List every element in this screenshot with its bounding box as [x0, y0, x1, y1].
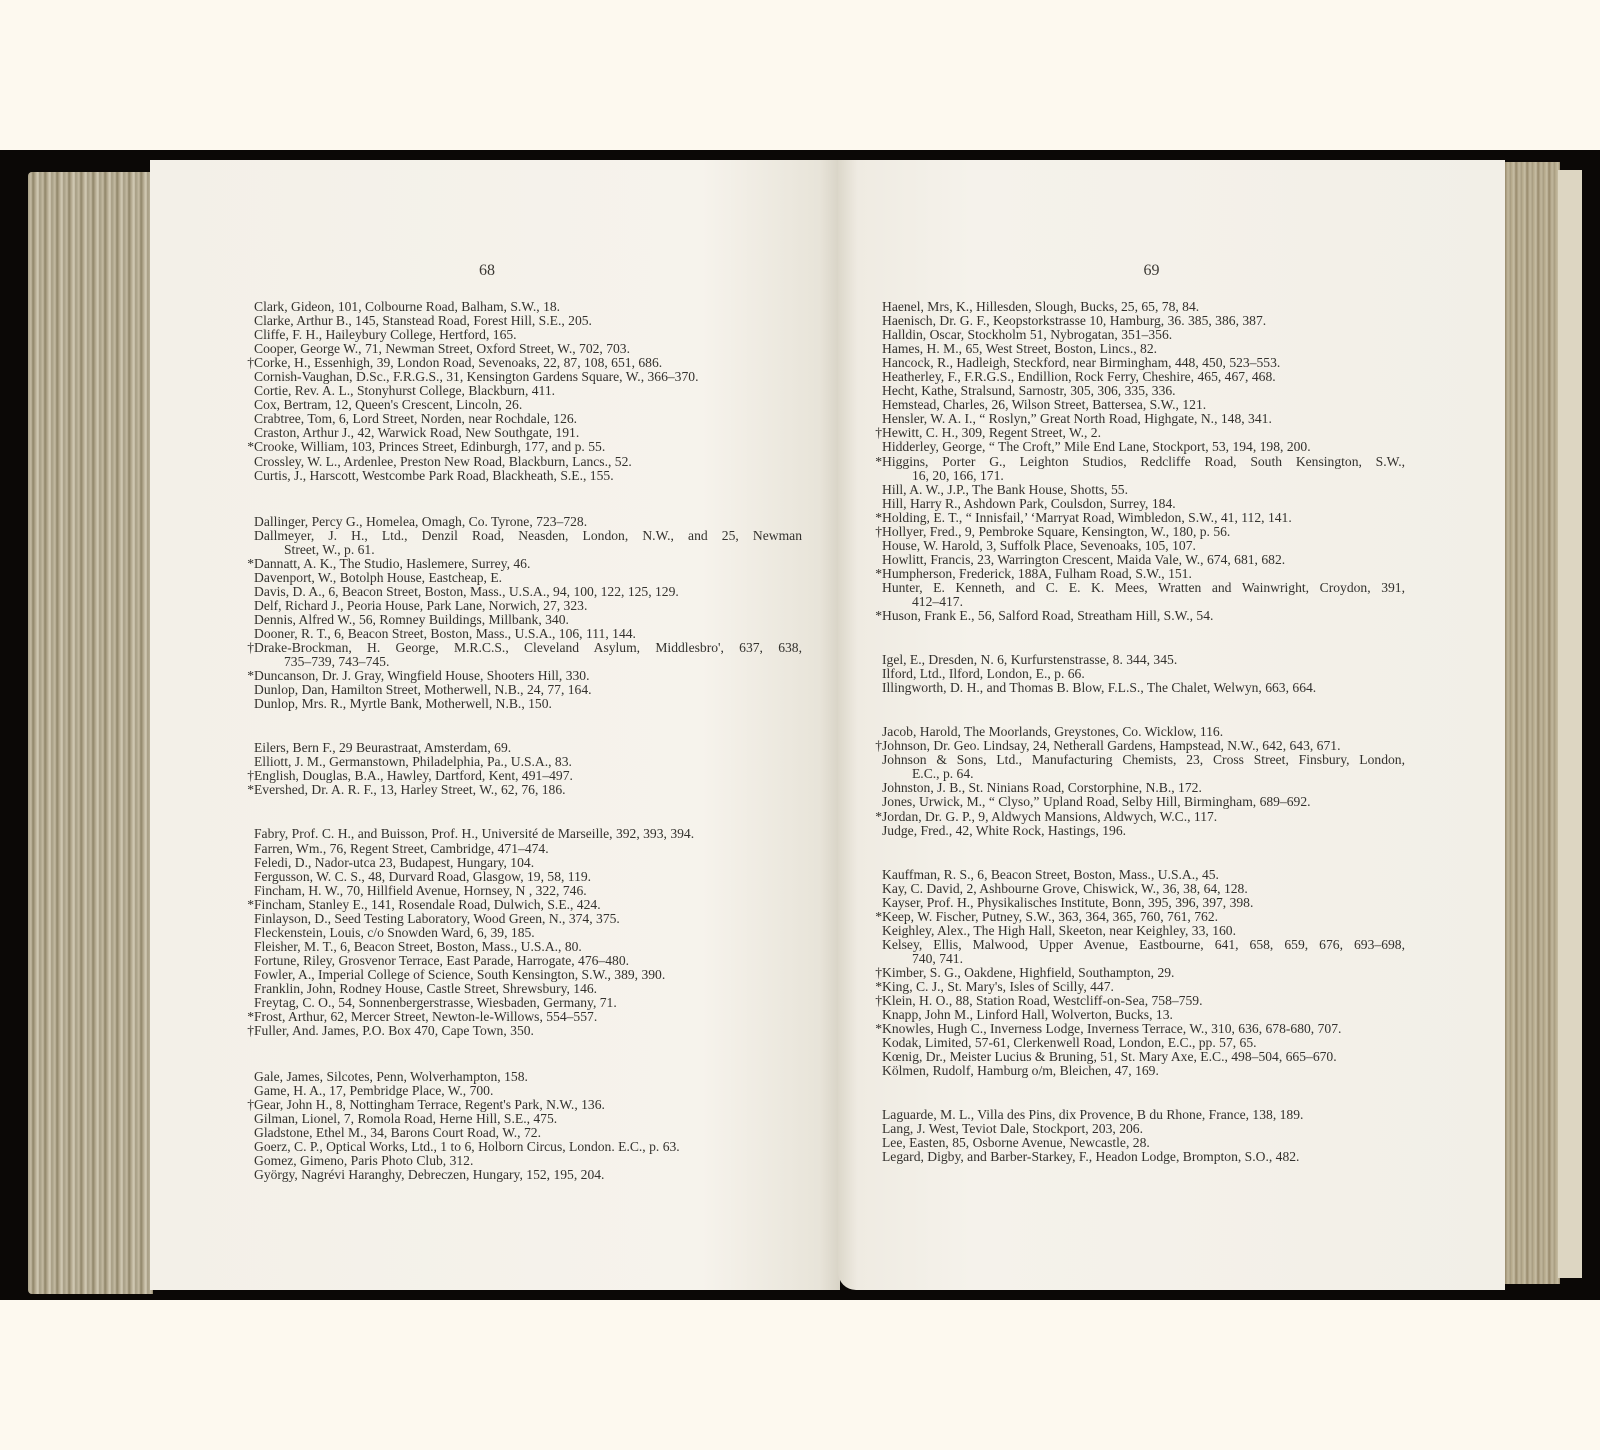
entry-text: Cortie, Rev. A. L., Stonyhurst College, …	[254, 383, 555, 398]
index-entry: Howlitt, Francis, 23, Warrington Crescen…	[870, 553, 1405, 567]
index-entry: Fabry, Prof. C. H., and Buisson, Prof. H…	[242, 827, 802, 841]
index-entry: Fleckenstein, Louis, c/o Snowden Ward, 6…	[242, 926, 802, 940]
index-entry: Dunlop, Mrs. R., Myrtle Bank, Motherwell…	[242, 697, 802, 711]
index-entry: Johnston, J. B., St. Ninians Road, Corst…	[870, 781, 1405, 795]
entry-text: Finlayson, D., Seed Testing Laboratory, …	[254, 911, 620, 926]
entry-text: Hewitt, C. H., 309, Regent Street, W., 2…	[882, 425, 1101, 440]
index-entry: *Dannatt, A. K., The Studio, Haslemere, …	[242, 557, 802, 571]
entry-text: Legard, Digby, and Barber-Starkey, F., H…	[882, 1149, 1299, 1164]
index-entry: Gladstone, Ethel M., 34, Barons Court Ro…	[242, 1126, 802, 1140]
entry-marker: *	[244, 440, 254, 454]
index-entries: Clark, Gideon, 101, Colbourne Road, Balh…	[242, 300, 802, 1183]
entry-text: Gladstone, Ethel M., 34, Barons Court Ro…	[254, 1125, 541, 1140]
index-entry: Dallmeyer, J. H., Ltd., Denzil Road, Nea…	[242, 529, 802, 557]
entry-text: Duncanson, Dr. J. Gray, Wingfield House,…	[254, 668, 589, 683]
entry-text: Gear, John H., 8, Nottingham Terrace, Re…	[254, 1097, 605, 1112]
index-entry: Haenel, Mrs, K., Hillesden, Slough, Buck…	[870, 300, 1405, 314]
letter-group-gap	[242, 1038, 802, 1070]
right-page: 69 Haenel, Mrs, K., Hillesden, Slough, B…	[838, 160, 1505, 1290]
entry-text: Johnson, Dr. Geo. Lindsay, 24, Netherall…	[882, 738, 1340, 753]
index-entry: *Keep, W. Fischer, Putney, S.W., 363, 36…	[870, 910, 1405, 924]
entry-text: Drake-Brockman, H. George, M.R.C.S., Cle…	[254, 641, 802, 655]
index-entry: Hecht, Kathe, Stralsund, Sarnostr, 305, …	[870, 384, 1405, 398]
entry-text: Howlitt, Francis, 23, Warrington Crescen…	[882, 552, 1285, 567]
letter-group-f: Fabry, Prof. C. H., and Buisson, Prof. H…	[242, 827, 802, 1038]
index-entry: Laguarde, M. L., Villa des Pins, dix Pro…	[870, 1108, 1405, 1122]
index-entry: Cornish-Vaughan, D.Sc., F.R.G.S., 31, Ke…	[242, 370, 802, 384]
page-number: 69	[818, 262, 1485, 280]
entry-text: Eilers, Bern F., 29 Beurastraat, Amsterd…	[254, 740, 511, 755]
entry-marker: †	[872, 525, 882, 539]
entry-text: Evershed, Dr. A. R. F., 13, Harley Stree…	[254, 782, 566, 797]
letter-group-l: Laguarde, M. L., Villa des Pins, dix Pro…	[870, 1108, 1405, 1164]
entry-text: Huson, Frank E., 56, Salford Road, Strea…	[882, 608, 1213, 623]
index-entry: Hunter, E. Kenneth, and C. E. K. Mees, W…	[870, 581, 1405, 609]
index-entry: Dooner, R. T., 6, Beacon Street, Boston,…	[242, 627, 802, 641]
letter-group-g: Gale, James, Silcotes, Penn, Wolverhampt…	[242, 1070, 802, 1182]
entry-text: Fincham, H. W., 70, Hillfield Avenue, Ho…	[254, 883, 587, 898]
entry-text: Hidderley, George, “ The Croft,” Mile En…	[882, 439, 1311, 454]
entry-text: Igel, E., Dresden, N. 6, Kurfurstenstras…	[882, 652, 1177, 667]
index-entry: Fleisher, M. T., 6, Beacon Street, Bosto…	[242, 940, 802, 954]
entry-text: Hill, Harry R., Ashdown Park, Coulsdon, …	[882, 496, 1176, 511]
index-entry: Cortie, Rev. A. L., Stonyhurst College, …	[242, 384, 802, 398]
letter-group-gap	[242, 797, 802, 827]
index-entry: Craston, Arthur J., 42, Warwick Road, Ne…	[242, 426, 802, 440]
index-entry: Kodak, Limited, 57-61, Clerkenwell Road,…	[870, 1036, 1405, 1050]
index-entry: Hemstead, Charles, 26, Wilson Street, Ba…	[870, 398, 1405, 412]
index-entry: Cox, Bertram, 12, Queen's Crescent, Linc…	[242, 398, 802, 412]
letter-group-d: Dallinger, Percy G., Homelea, Omagh, Co.…	[242, 515, 802, 712]
entry-text: Higgins, Porter G., Leighton Studios, Re…	[882, 455, 1405, 469]
entry-text: Dallmeyer, J. H., Ltd., Denzil Road, Nea…	[254, 529, 802, 543]
page-number: 68	[142, 262, 832, 280]
entry-text: Davis, D. A., 6, Beacon Street, Boston, …	[254, 584, 679, 599]
index-entry: Gale, James, Silcotes, Penn, Wolverhampt…	[242, 1070, 802, 1084]
entry-text: Jordan, Dr. G. P., 9, Aldwych Mansions, …	[882, 809, 1217, 824]
entry-marker: †	[872, 426, 882, 440]
index-entry: Eilers, Bern F., 29 Beurastraat, Amsterd…	[242, 741, 802, 755]
index-entry: *Holding, E. T., “ Innisfail,’ ‘Marryat …	[870, 511, 1405, 525]
index-entry: Fincham, H. W., 70, Hillfield Avenue, Ho…	[242, 884, 802, 898]
entry-marker: †	[872, 966, 882, 980]
entry-text: Fleisher, M. T., 6, Beacon Street, Bosto…	[254, 939, 582, 954]
entry-text: Jones, Urwick, M., “ Clyso,” Upland Road…	[882, 794, 1311, 809]
index-entry: Freytag, C. O., 54, Sonnenbergerstrasse,…	[242, 996, 802, 1010]
entry-marker: †	[872, 994, 882, 1008]
entry-text: Kodak, Limited, 57-61, Clerkenwell Road,…	[882, 1035, 1257, 1050]
entry-text: Kayser, Prof. H., Physikalisches Institu…	[882, 895, 1253, 910]
page-edges-right	[1500, 162, 1560, 1284]
entry-marker: *	[872, 511, 882, 525]
page-edge-right-outer	[1558, 170, 1582, 1278]
index-entry: Goerz, C. P., Optical Works, Ltd., 1 to …	[242, 1140, 802, 1154]
index-entry: Heatherley, F., F.R.G.S., Endillion, Roc…	[870, 370, 1405, 384]
index-entry: Kauffman, R. S., 6, Beacon Street, Bosto…	[870, 868, 1405, 882]
index-entry: Kelsey, Ellis, Malwood, Upper Avenue, Ea…	[870, 938, 1405, 966]
index-entry: *King, C. J., St. Mary's, Isles of Scill…	[870, 980, 1405, 994]
index-entry: †Hewitt, C. H., 309, Regent Street, W., …	[870, 426, 1405, 440]
entry-text: Crabtree, Tom, 6, Lord Street, Norden, n…	[254, 411, 577, 426]
entry-text: Johnson & Sons, Ltd., Manufacturing Chem…	[882, 753, 1405, 767]
index-entry: †Hollyer, Fred., 9, Pembroke Square, Ken…	[870, 525, 1405, 539]
entry-continuation: 412–417.	[882, 595, 1405, 609]
entry-text: Hecht, Kathe, Stralsund, Sarnostr, 305, …	[882, 383, 1176, 398]
index-entry: Dennis, Alfred W., 56, Romney Buildings,…	[242, 613, 802, 627]
index-entry: Davis, D. A., 6, Beacon Street, Boston, …	[242, 585, 802, 599]
entry-marker: †	[244, 769, 254, 783]
letter-group-j: Jacob, Harold, The Moorlands, Greystones…	[870, 725, 1405, 837]
entry-text: Kimber, S. G., Oakdene, Highfield, South…	[882, 965, 1174, 980]
index-entry: Halldin, Oscar, Stockholm 51, Nybrogatan…	[870, 328, 1405, 342]
entry-marker: †	[872, 739, 882, 753]
entry-marker: *	[872, 980, 882, 994]
entry-text: Heatherley, F., F.R.G.S., Endillion, Roc…	[882, 369, 1276, 384]
entry-text: Cox, Bertram, 12, Queen's Crescent, Linc…	[254, 397, 522, 412]
index-entry: Johnson & Sons, Ltd., Manufacturing Chem…	[870, 753, 1405, 781]
index-entry: †Johnson, Dr. Geo. Lindsay, 24, Netheral…	[870, 739, 1405, 753]
entry-text: Kauffman, R. S., 6, Beacon Street, Bosto…	[882, 867, 1219, 882]
entry-text: Lang, J. West, Teviot Dale, Stockport, 2…	[882, 1121, 1143, 1136]
index-entry: Kölmen, Rudolf, Hamburg o/m, Bleichen, 4…	[870, 1064, 1405, 1078]
letter-group-gap	[870, 623, 1405, 653]
entry-text: Kœnig, Dr., Meister Lucius & Bruning, 51…	[882, 1049, 1337, 1064]
index-entry: Judge, Fred., 42, White Rock, Hastings, …	[870, 824, 1405, 838]
entry-marker: *	[872, 910, 882, 924]
index-entry: Feledi, D., Nador-utca 23, Budapest, Hun…	[242, 856, 802, 870]
index-entry: *Higgins, Porter G., Leighton Studios, R…	[870, 455, 1405, 483]
entry-text: Crossley, W. L., Ardenlee, Preston New R…	[254, 454, 632, 469]
index-entry: Delf, Richard J., Peoria House, Park Lan…	[242, 599, 802, 613]
entry-text: Hancock, R., Hadleigh, Steckford, near B…	[882, 355, 1280, 370]
letter-group-gap	[870, 695, 1405, 725]
entry-text: Keighley, Alex., The High Hall, Skeeton,…	[882, 923, 1236, 938]
entry-text: Freytag, C. O., 54, Sonnenbergerstrasse,…	[254, 995, 617, 1010]
index-entry: *Frost, Arthur, 62, Mercer Street, Newto…	[242, 1010, 802, 1024]
index-entry: Kay, C. David, 2, Ashbourne Grove, Chisw…	[870, 882, 1405, 896]
entry-text: Hemstead, Charles, 26, Wilson Street, Ba…	[882, 397, 1206, 412]
index-entry: †Gear, John H., 8, Nottingham Terrace, R…	[242, 1098, 802, 1112]
letter-group-c: Clark, Gideon, 101, Colbourne Road, Balh…	[242, 300, 802, 483]
entry-text: Humpherson, Frederick, 188A, Fulham Road…	[882, 566, 1192, 581]
index-entry: Hill, Harry R., Ashdown Park, Coulsdon, …	[870, 497, 1405, 511]
entry-text: Cooper, George W., 71, Newman Street, Ox…	[254, 341, 630, 356]
entry-text: Klein, H. O., 88, Station Road, Westclif…	[882, 993, 1202, 1008]
letter-group-gap	[870, 1078, 1405, 1108]
index-entry: Lee, Easten, 85, Osborne Avenue, Newcast…	[870, 1136, 1405, 1150]
index-entry: Crabtree, Tom, 6, Lord Street, Norden, n…	[242, 412, 802, 426]
index-entry: Gomez, Gimeno, Paris Photo Club, 312.	[242, 1154, 802, 1168]
entry-text: Dunlop, Dan, Hamilton Street, Motherwell…	[254, 682, 592, 697]
entry-text: Hensler, W. A. I., “ Roslyn,” Great Nort…	[882, 411, 1272, 426]
index-entry: Hill, A. W., J.P., The Bank House, Shott…	[870, 483, 1405, 497]
index-entry: †English, Douglas, B.A., Hawley, Dartfor…	[242, 769, 802, 783]
entry-marker: *	[872, 609, 882, 623]
index-entry: Dunlop, Dan, Hamilton Street, Motherwell…	[242, 683, 802, 697]
entry-text: Knowles, Hugh C., Inverness Lodge, Inver…	[882, 1021, 1341, 1036]
letter-group-k: Kauffman, R. S., 6, Beacon Street, Bosto…	[870, 868, 1405, 1079]
entry-text: Laguarde, M. L., Villa des Pins, dix Pro…	[882, 1107, 1303, 1122]
entry-text: King, C. J., St. Mary's, Isles of Scilly…	[882, 979, 1114, 994]
index-entry: Fergusson, W. C. S., 48, Durvard Road, G…	[242, 870, 802, 884]
entry-marker: *	[872, 810, 882, 824]
index-entry: *Evershed, Dr. A. R. F., 13, Harley Stre…	[242, 783, 802, 797]
index-entry: *Duncanson, Dr. J. Gray, Wingfield House…	[242, 669, 802, 683]
entry-text: Game, H. A., 17, Pembridge Place, W., 70…	[254, 1083, 493, 1098]
index-entry: *Crooke, William, 103, Princes Street, E…	[242, 440, 802, 454]
entry-text: Davenport, W., Botolph House, Eastcheap,…	[254, 570, 502, 585]
entry-text: Jacob, Harold, The Moorlands, Greystones…	[882, 724, 1223, 739]
entry-marker: *	[244, 669, 254, 683]
index-entry: Elliott, J. M., Germanstown, Philadelphi…	[242, 755, 802, 769]
entry-text: Delf, Richard J., Peoria House, Park Lan…	[254, 598, 587, 613]
entry-text: Hunter, E. Kenneth, and C. E. K. Mees, W…	[882, 581, 1405, 595]
index-entry: Gilman, Lionel, 7, Romola Road, Herne Hi…	[242, 1112, 802, 1126]
entry-text: Curtis, J., Harscott, Westcombe Park Roa…	[254, 468, 614, 483]
entry-text: English, Douglas, B.A., Hawley, Dartford…	[254, 768, 573, 783]
entry-text: Ilford, Ltd., Ilford, London, E., p. 66.	[882, 666, 1085, 681]
index-entry: *Humpherson, Frederick, 188A, Fulham Roa…	[870, 567, 1405, 581]
index-entry: Crossley, W. L., Ardenlee, Preston New R…	[242, 455, 802, 469]
entry-text: Hill, A. W., J.P., The Bank House, Shott…	[882, 482, 1128, 497]
entry-text: Kay, C. David, 2, Ashbourne Grove, Chisw…	[882, 881, 1248, 896]
entry-text: Farren, Wm., 76, Regent Street, Cambridg…	[254, 841, 549, 856]
entry-text: Fergusson, W. C. S., 48, Durvard Road, G…	[254, 869, 591, 884]
entry-text: Crooke, William, 103, Princes Street, Ed…	[254, 439, 605, 454]
entry-text: Dannatt, A. K., The Studio, Haslemere, S…	[254, 556, 530, 571]
entry-text: Haenel, Mrs, K., Hillesden, Slough, Buck…	[882, 299, 1199, 314]
entry-text: Hames, H. M., 65, West Street, Boston, L…	[882, 341, 1157, 356]
entry-marker: *	[872, 1022, 882, 1036]
entry-marker: †	[244, 356, 254, 370]
entry-text: Elliott, J. M., Germanstown, Philadelphi…	[254, 754, 572, 769]
index-entry: Hensler, W. A. I., “ Roslyn,” Great Nort…	[870, 412, 1405, 426]
entry-text: Keep, W. Fischer, Putney, S.W., 363, 364…	[882, 909, 1218, 924]
entry-continuation: 735–739, 743–745.	[254, 655, 802, 669]
entry-text: Cliffe, F. H., Haileybury College, Hertf…	[254, 327, 517, 342]
index-entry: Davenport, W., Botolph House, Eastcheap,…	[242, 571, 802, 585]
left-page: 68 Clark, Gideon, 101, Colbourne Road, B…	[150, 160, 840, 1290]
index-entry: Fortune, Riley, Grosvenor Terrace, East …	[242, 954, 802, 968]
entry-text: Fowler, A., Imperial College of Science,…	[254, 967, 665, 982]
index-entry: Igel, E., Dresden, N. 6, Kurfurstenstras…	[870, 653, 1405, 667]
index-entry: †Drake-Brockman, H. George, M.R.C.S., Cl…	[242, 641, 802, 669]
entry-marker: *	[244, 783, 254, 797]
entry-marker: *	[244, 898, 254, 912]
entry-text: Feledi, D., Nador-utca 23, Budapest, Hun…	[254, 855, 534, 870]
entry-marker: †	[244, 641, 254, 655]
entry-text: Halldin, Oscar, Stockholm 51, Nybrogatan…	[882, 327, 1172, 342]
letter-group-i: Igel, E., Dresden, N. 6, Kurfurstenstras…	[870, 653, 1405, 695]
index-entry: *Jordan, Dr. G. P., 9, Aldwych Mansions,…	[870, 810, 1405, 824]
page-edges-left	[28, 172, 153, 1294]
index-entry: *Huson, Frank E., 56, Salford Road, Stre…	[870, 609, 1405, 623]
index-entry: Keighley, Alex., The High Hall, Skeeton,…	[870, 924, 1405, 938]
index-entry: House, W. Harold, 3, Suffolk Place, Seve…	[870, 539, 1405, 553]
index-entry: Knapp, John M., Linford Hall, Wolverton,…	[870, 1008, 1405, 1022]
entry-text: Knapp, John M., Linford Hall, Wolverton,…	[882, 1007, 1173, 1022]
letter-group-gap	[242, 483, 802, 515]
entry-text: Dunlop, Mrs. R., Myrtle Bank, Motherwell…	[254, 696, 552, 711]
entry-text: Cornish-Vaughan, D.Sc., F.R.G.S., 31, Ke…	[254, 369, 698, 384]
entry-text: Gale, James, Silcotes, Penn, Wolverhampt…	[254, 1069, 528, 1084]
index-entry: Hames, H. M., 65, West Street, Boston, L…	[870, 342, 1405, 356]
entry-text: Clark, Gideon, 101, Colbourne Road, Balh…	[254, 299, 560, 314]
entry-text: Dallinger, Percy G., Homelea, Omagh, Co.…	[254, 514, 587, 529]
letter-group-gap	[870, 838, 1405, 868]
entry-text: Frost, Arthur, 62, Mercer Street, Newton…	[254, 1009, 597, 1024]
entry-continuation: 16, 20, 166, 171.	[882, 469, 1405, 483]
index-entry: Hancock, R., Hadleigh, Steckford, near B…	[870, 356, 1405, 370]
letter-group-gap	[242, 711, 802, 741]
entry-text: Haenisch, Dr. G. F., Keopstorkstrasse 10…	[882, 313, 1266, 328]
entry-text: Judge, Fred., 42, White Rock, Hastings, …	[882, 823, 1126, 838]
index-entry: Jacob, Harold, The Moorlands, Greystones…	[870, 725, 1405, 739]
index-entry: Lang, J. West, Teviot Dale, Stockport, 2…	[870, 1122, 1405, 1136]
entry-text: Fortune, Riley, Grosvenor Terrace, East …	[254, 953, 629, 968]
entry-continuation: Street, W., p. 61.	[254, 543, 802, 557]
entry-continuation: E.C., p. 64.	[882, 767, 1405, 781]
entry-marker: *	[244, 557, 254, 571]
entry-text: Gilman, Lionel, 7, Romola Road, Herne Hi…	[254, 1111, 557, 1126]
index-entry: Kayser, Prof. H., Physikalisches Institu…	[870, 896, 1405, 910]
entry-marker: †	[244, 1024, 254, 1038]
entry-text: Holding, E. T., “ Innisfail,’ ‘Marryat R…	[882, 510, 1292, 525]
index-entry: Clarke, Arthur B., 145, Stanstead Road, …	[242, 314, 802, 328]
index-entry: *Knowles, Hugh C., Inverness Lodge, Inve…	[870, 1022, 1405, 1036]
entry-text: House, W. Harold, 3, Suffolk Place, Seve…	[882, 538, 1196, 553]
entry-text: Craston, Arthur J., 42, Warwick Road, Ne…	[254, 425, 579, 440]
index-entry: Franklin, John, Rodney House, Castle Str…	[242, 982, 802, 996]
entry-text: Franklin, John, Rodney House, Castle Str…	[254, 981, 597, 996]
index-entry: Illingworth, D. H., and Thomas B. Blow, …	[870, 681, 1405, 695]
index-entry: Curtis, J., Harscott, Westcombe Park Roa…	[242, 469, 802, 483]
index-entry: Clark, Gideon, 101, Colbourne Road, Balh…	[242, 300, 802, 314]
index-entry: †Fuller, And. James, P.O. Box 470, Cape …	[242, 1024, 802, 1038]
index-entry: †Corke, H., Essenhigh, 39, London Road, …	[242, 356, 802, 370]
index-entry: Hidderley, George, “ The Croft,” Mile En…	[870, 440, 1405, 454]
letter-group-e: Eilers, Bern F., 29 Beurastraat, Amsterd…	[242, 741, 802, 797]
index-entry: *Fincham, Stanley E., 141, Rosendale Roa…	[242, 898, 802, 912]
index-entry: Finlayson, D., Seed Testing Laboratory, …	[242, 912, 802, 926]
entry-text: Dooner, R. T., 6, Beacon Street, Boston,…	[254, 626, 636, 641]
entry-text: Johnston, J. B., St. Ninians Road, Corst…	[882, 780, 1202, 795]
entry-text: Dennis, Alfred W., 56, Romney Buildings,…	[254, 612, 569, 627]
entry-text: Gomez, Gimeno, Paris Photo Club, 312.	[254, 1153, 473, 1168]
index-entry: Haenisch, Dr. G. F., Keopstorkstrasse 10…	[870, 314, 1405, 328]
index-entry: Ilford, Ltd., Ilford, London, E., p. 66.	[870, 667, 1405, 681]
entry-marker: †	[244, 1098, 254, 1112]
index-entry: Cooper, George W., 71, Newman Street, Ox…	[242, 342, 802, 356]
index-entry: Farren, Wm., 76, Regent Street, Cambridg…	[242, 842, 802, 856]
index-entry: †Kimber, S. G., Oakdene, Highfield, Sout…	[870, 966, 1405, 980]
entry-text: Clarke, Arthur B., 145, Stanstead Road, …	[254, 313, 592, 328]
entry-text: Kölmen, Rudolf, Hamburg o/m, Bleichen, 4…	[882, 1063, 1159, 1078]
entry-marker: *	[244, 1010, 254, 1024]
entry-continuation: 740, 741.	[882, 952, 1405, 966]
index-entry: Cliffe, F. H., Haileybury College, Hertf…	[242, 328, 802, 342]
index-entry: György, Nagrévi Haranghy, Debreczen, Hun…	[242, 1168, 802, 1182]
index-entry: †Klein, H. O., 88, Station Road, Westcli…	[870, 994, 1405, 1008]
letter-group-h: Haenel, Mrs, K., Hillesden, Slough, Buck…	[870, 300, 1405, 623]
index-entries: Haenel, Mrs, K., Hillesden, Slough, Buck…	[870, 300, 1405, 1164]
entry-text: Fleckenstein, Louis, c/o Snowden Ward, 6…	[254, 925, 535, 940]
entry-text: Hollyer, Fred., 9, Pembroke Square, Kens…	[882, 524, 1230, 539]
index-entry: Fowler, A., Imperial College of Science,…	[242, 968, 802, 982]
entry-marker: *	[872, 455, 882, 469]
entry-marker: *	[872, 567, 882, 581]
index-entry: Legard, Digby, and Barber-Starkey, F., H…	[870, 1150, 1405, 1164]
entry-text: Fincham, Stanley E., 141, Rosendale Road…	[254, 897, 601, 912]
entry-text: Goerz, C. P., Optical Works, Ltd., 1 to …	[254, 1139, 680, 1154]
entry-text: Kelsey, Ellis, Malwood, Upper Avenue, Ea…	[882, 938, 1405, 952]
index-entry: Game, H. A., 17, Pembridge Place, W., 70…	[242, 1084, 802, 1098]
index-entry: Kœnig, Dr., Meister Lucius & Bruning, 51…	[870, 1050, 1405, 1064]
entry-text: György, Nagrévi Haranghy, Debreczen, Hun…	[254, 1167, 604, 1182]
entry-text: Lee, Easten, 85, Osborne Avenue, Newcast…	[882, 1135, 1150, 1150]
entry-text: Fabry, Prof. C. H., and Buisson, Prof. H…	[254, 826, 694, 841]
index-entry: Dallinger, Percy G., Homelea, Omagh, Co.…	[242, 515, 802, 529]
entry-text: Fuller, And. James, P.O. Box 470, Cape T…	[254, 1023, 534, 1038]
entry-text: Corke, H., Essenhigh, 39, London Road, S…	[254, 355, 662, 370]
entry-text: Illingworth, D. H., and Thomas B. Blow, …	[882, 680, 1316, 695]
index-entry: Jones, Urwick, M., “ Clyso,” Upland Road…	[870, 795, 1405, 809]
